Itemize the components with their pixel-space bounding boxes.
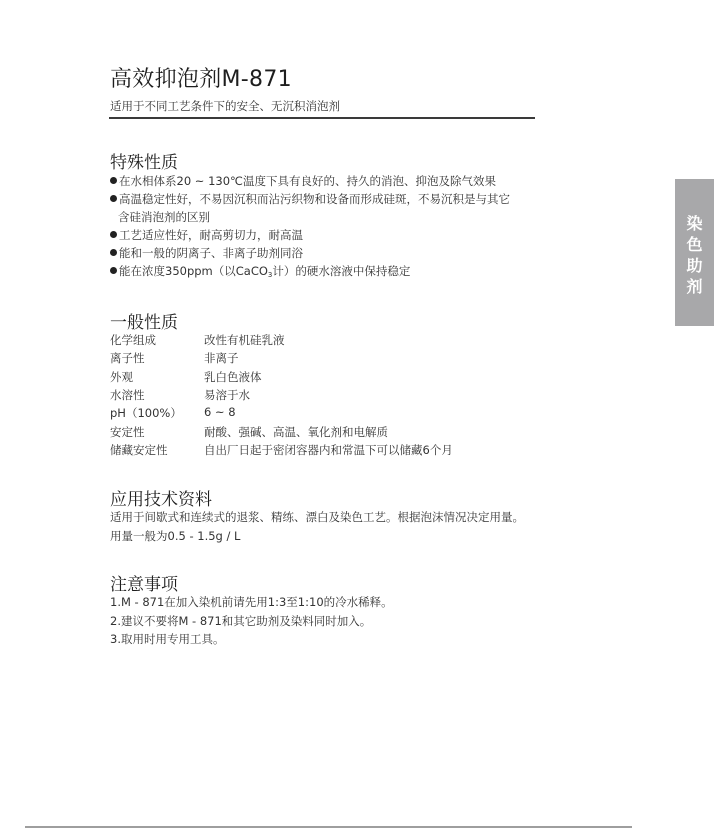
property-value: 乳白色液体 (204, 369, 262, 385)
application-text: 适用于间歇式和连续式的退浆、精练、漂白及染色工艺。根据泡沫情况决定用量。 (110, 508, 524, 526)
special-property-item: 能在浓度350ppm（以CaCO3计）的硬水溶液中保持稳定 (110, 262, 410, 284)
category-side-tab-label: 染 色 助 剂 (675, 213, 714, 297)
note-item: 2.建议不要将M - 871和其它助剂及染料同时加入。 (110, 612, 371, 630)
special-property-item: 在水相体系20 ~ 130℃温度下具有良好的、持久的消泡、抑泡及除气效果 (110, 172, 496, 190)
bullet-icon (110, 195, 117, 202)
special-property-item-continuation: 含硅消泡剂的区别 (118, 208, 210, 226)
property-value: 易溶于水 (204, 387, 250, 403)
product-title: 高效抑泡剂M-871 (110, 62, 292, 93)
property-label: 储藏安定性 (110, 442, 168, 458)
property-value: 耐酸、强碱、高温、氧化剂和电解质 (204, 424, 388, 440)
section-heading-notes: 注意事项 (110, 570, 178, 595)
property-value: 非离子 (204, 350, 239, 366)
section-heading-general-properties: 一般性质 (110, 308, 178, 333)
property-value: 自出厂日起于密闭容器内和常温下可以储藏6个月 (204, 442, 453, 458)
property-value: 6 ~ 8 (204, 405, 236, 419)
category-side-tab: 染 色 助 剂 (675, 179, 714, 326)
section-heading-special-properties: 特殊性质 (110, 148, 178, 173)
property-label: 水溶性 (110, 387, 145, 403)
section-heading-application: 应用技术资料 (110, 485, 212, 510)
product-subtitle: 适用于不同工艺条件下的安全、无沉积消泡剂 (110, 98, 340, 114)
property-label: 离子性 (110, 350, 145, 366)
side-tab-char: 剂 (675, 276, 714, 297)
property-label: 化学组成 (110, 332, 156, 348)
note-item: 1.M - 871在加入染机前请先用1:3至1:10的冷水稀释。 (110, 593, 393, 611)
property-value: 改性有机硅乳液 (204, 332, 285, 348)
side-tab-char: 助 (675, 255, 714, 276)
special-property-item: 高温稳定性好，不易因沉积而沾污织物和设备而形成硅斑，不易沉积是与其它 (110, 190, 510, 208)
bullet-icon (110, 249, 117, 256)
footer-divider (25, 826, 632, 828)
property-label: 外观 (110, 369, 133, 385)
bullet-icon (110, 267, 117, 274)
property-label: 安定性 (110, 424, 145, 440)
header-divider (109, 117, 535, 119)
side-tab-char: 染 (675, 213, 714, 234)
bullet-icon (110, 231, 117, 238)
note-item: 3.取用时用专用工具。 (110, 630, 224, 648)
application-text: 用量一般为0.5 - 1.5g / L (110, 527, 240, 545)
special-property-item: 能和一般的阴离子、非离子助剂同浴 (110, 244, 303, 262)
property-label: pH（100%） (110, 405, 182, 421)
side-tab-char: 色 (675, 234, 714, 255)
bullet-icon (110, 177, 117, 184)
special-property-item: 工艺适应性好，耐高剪切力，耐高温 (110, 226, 303, 244)
